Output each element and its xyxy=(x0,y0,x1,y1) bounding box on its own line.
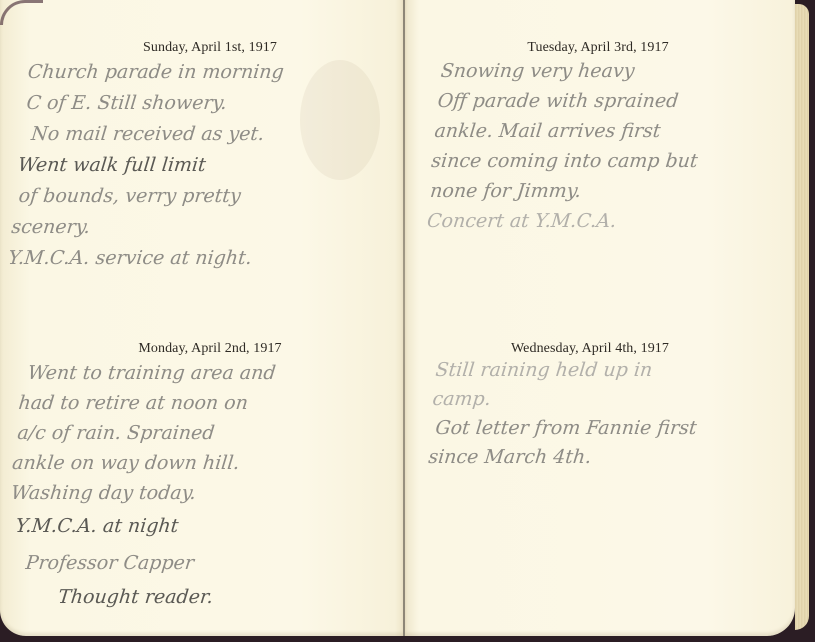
entry-line: Concert at Y.M.C.A. xyxy=(424,206,693,236)
entry-line: Y.M.C.A. at night xyxy=(4,508,262,544)
entry-line: Got letter from Fannie first xyxy=(428,414,698,443)
entry-line: since coming into camp but xyxy=(430,146,699,176)
entry-line: a/c of rain. Sprained xyxy=(14,418,271,448)
entry-line: none for Jimmy. xyxy=(427,176,696,206)
entry-line: ankle. Mail arrives first xyxy=(433,116,702,146)
diary-entry-april-3: Tuesday, April 3rd, 1917 Snowing very he… xyxy=(405,0,795,320)
entry-text: Went to training area and had to retire … xyxy=(0,358,277,612)
entry-text: Snowing very heavy Off parade with sprai… xyxy=(424,56,709,236)
entry-line: Washing day today. xyxy=(8,478,265,508)
diary-entry-april-1: Sunday, April 1st, 1917 Church parade in… xyxy=(0,0,404,320)
entry-date: Tuesday, April 3rd, 1917 xyxy=(405,40,793,56)
entry-line: of bounds, verry pretty xyxy=(13,181,272,212)
diary-book: Sunday, April 1st, 1917 Church parade in… xyxy=(0,0,815,642)
entry-line: had to retire at noon on xyxy=(17,388,274,418)
diary-entry-april-2: Monday, April 2nd, 1917 Went to training… xyxy=(0,320,404,636)
entry-date: Wednesday, April 4th, 1917 xyxy=(405,341,785,357)
entry-text: Church parade in morning C of E. Still s… xyxy=(7,57,286,274)
entry-line: camp. xyxy=(431,385,701,414)
entry-line: Y.M.C.A. service at night. xyxy=(7,243,266,274)
entry-line: Church parade in morning xyxy=(26,57,285,88)
right-page: Tuesday, April 3rd, 1917 Snowing very he… xyxy=(405,0,795,636)
entry-line: Snowing very heavy xyxy=(439,56,708,86)
page-edges xyxy=(795,4,809,630)
entry-line: Thought reader. xyxy=(0,582,254,612)
diary-entry-april-4: Wednesday, April 4th, 1917 Still raining… xyxy=(405,320,795,636)
entry-line: Professor Capper xyxy=(0,544,258,582)
entry-line: scenery. xyxy=(10,212,269,243)
entry-date: Sunday, April 1st, 1917 xyxy=(8,40,404,56)
entry-line: Still raining held up in xyxy=(434,356,704,385)
entry-text: Still raining held up in camp. Got lette… xyxy=(425,356,704,472)
entry-line: since March 4th. xyxy=(425,443,695,472)
entry-line: No mail received as yet. xyxy=(20,119,279,150)
entry-line: Off parade with sprained xyxy=(436,86,705,116)
entry-line: Went walk full limit xyxy=(16,150,275,181)
entry-line: C of E. Still showery. xyxy=(23,88,282,119)
entry-line: Went to training area and xyxy=(20,358,277,388)
left-page: Sunday, April 1st, 1917 Church parade in… xyxy=(0,0,404,636)
entry-date: Monday, April 2nd, 1917 xyxy=(8,341,404,357)
entry-line: ankle on way down hill. xyxy=(11,448,268,478)
